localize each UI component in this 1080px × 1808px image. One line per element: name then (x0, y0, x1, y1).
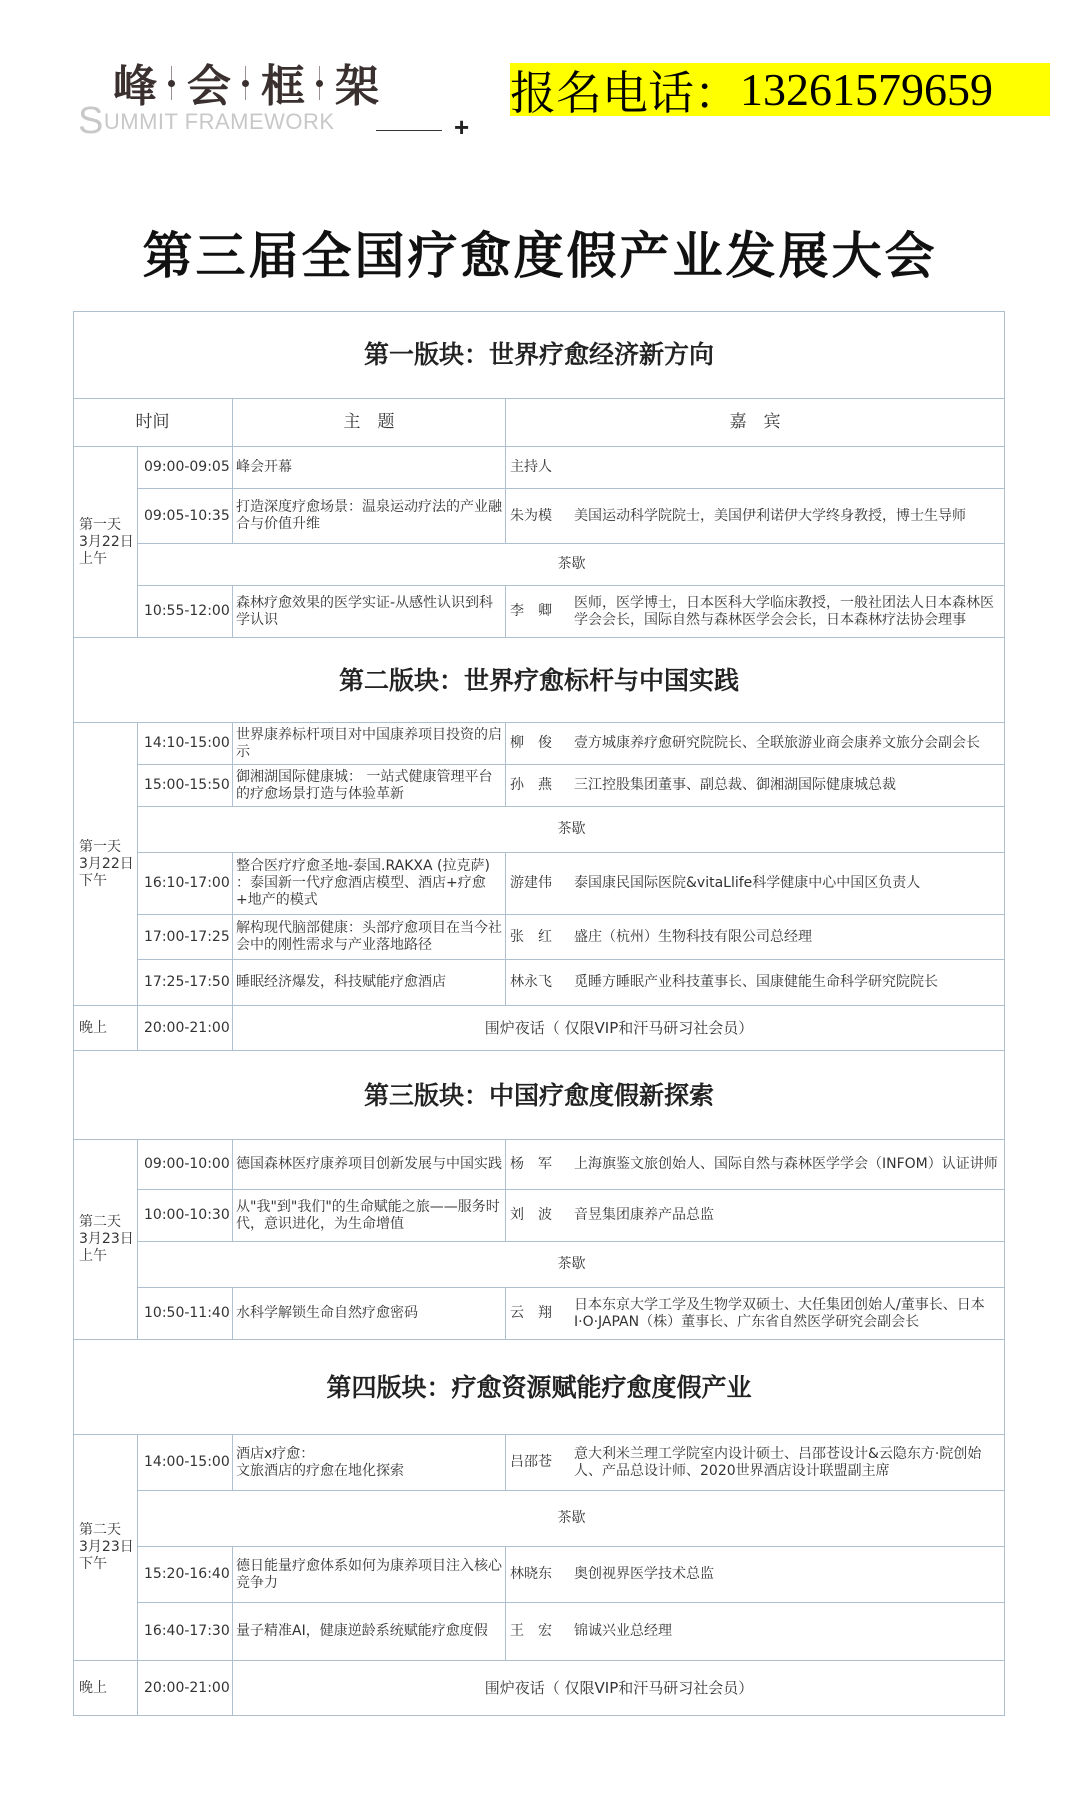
session-topic: 德日能量疗愈体系如何为康养项目注入核心竞争力 (233, 1547, 506, 1603)
session-time: 09:00-10:00 (138, 1140, 233, 1190)
session-time: 10:50-11:40 (138, 1288, 233, 1340)
registration-phone-banner: 报名电话： 13261579659 (510, 63, 1050, 116)
guest-name: 王 宏 (510, 1623, 574, 1640)
session-topic: 峰会开幕 (233, 447, 506, 489)
column-header-time: 时间 (73, 399, 233, 447)
session-topic: 整合医疗疗愈圣地-泰国.RAKXA (拉克萨) ：泰国新一代疗愈酒店模型、酒店+… (233, 853, 506, 915)
guest-description: 锦诚兴业总经理 (574, 1623, 1005, 1640)
page-title: 第三届全国疗愈度假产业发展大会 (0, 216, 1080, 288)
tea-break-row: 茶歇 (138, 807, 1005, 853)
logo-divider-line (376, 130, 442, 131)
evening-label: 晚上 (73, 1661, 138, 1716)
guest-description: 音昱集团康养产品总监 (574, 1207, 1005, 1224)
session-guest: 刘 波音昱集团康养产品总监 (506, 1190, 1005, 1242)
session-guest: 杨 军上海旗鉴文旅创始人、国际自然与森林医学学会（INFOM）认证讲师 (506, 1140, 1005, 1190)
guest-description: 上海旗鉴文旅创始人、国际自然与森林医学学会（INFOM）认证讲师 (574, 1156, 1005, 1173)
evening-time: 20:00-21:00 (138, 1006, 233, 1051)
tea-break-row: 茶歇 (138, 544, 1005, 586)
day-label-line: 3月22日 (79, 856, 134, 873)
session-time: 14:10-15:00 (138, 723, 233, 765)
guest-name: 张 红 (510, 929, 574, 946)
session-guest: 游建伟泰国康民国际医院&vitaLlife科学健康中心中国区负责人 (506, 853, 1005, 915)
session-topic: 解构现代脑部健康：头部疗愈项目在当今社会中的刚性需求与产业落地路径 (233, 915, 506, 960)
evening-event: 围炉夜话（ 仅限VIP和汗马研习社会员） (233, 1661, 1005, 1716)
guest-name: 主持人 (510, 459, 574, 476)
session-guest: 朱为模美国运动科学院院士，美国伊利诺伊大学终身教授，博士生导师 (506, 489, 1005, 544)
logo-subtitle-initial: S (78, 100, 104, 142)
session-topic: 睡眠经济爆发，科技赋能疗愈酒店 (233, 960, 506, 1006)
day-label-line: 3月23日 (79, 1539, 134, 1556)
session-time: 15:00-15:50 (138, 765, 233, 807)
guest-description: 日本东京大学工学及生物学双硕士、大任集团创始人/董事长、日本I·O·JAPAN（… (574, 1297, 1005, 1331)
guest-name: 林晓东 (510, 1566, 574, 1583)
session-topic: 森林疗愈效果的医学实证-从感性认识到科学认识 (233, 586, 506, 638)
guest-name: 吕邵苍 (510, 1454, 574, 1471)
phone-number[interactable]: 13261579659 (740, 63, 993, 116)
day-label-line: 下午 (79, 1556, 107, 1573)
guest-name: 杨 军 (510, 1156, 574, 1173)
session-time: 15:20-16:40 (138, 1547, 233, 1603)
session-topic: 打造深度疗愈场景：温泉运动疗法的产业融合与价值升维 (233, 489, 506, 544)
guest-description: 壹方城康养疗愈研究院院长、全联旅游业商会康养文旅分会副会长 (574, 735, 1005, 752)
logo-separator-icon (160, 60, 184, 104)
guest-description: 医师，医学博士，日本医科大学临床教授，一般社团法人日本森林医学会会长，国际自然与… (574, 595, 1005, 629)
session-topic: 酒店x疗愈： 文旅酒店的疗愈在地化探索 (233, 1435, 506, 1491)
guest-name: 云 翔 (510, 1305, 574, 1322)
session-guest: 林永飞觅睡方睡眠产业科技董事长、国康健能生命科学研究院院长 (506, 960, 1005, 1006)
session-topic: 量子精准AI，健康逆龄系统赋能疗愈度假 (233, 1603, 506, 1661)
session-guest: 云 翔日本东京大学工学及生物学双硕士、大任集团创始人/董事长、日本I·O·JAP… (506, 1288, 1005, 1340)
column-header-guest: 嘉 宾 (506, 399, 1005, 447)
plus-icon: + (454, 112, 469, 143)
guest-description: 泰国康民国际医院&vitaLlife科学健康中心中国区负责人 (574, 875, 1005, 892)
logo-separator-icon (308, 60, 332, 104)
tea-break-row: 茶歇 (138, 1491, 1005, 1547)
session-guest: 李 卿医师，医学博士，日本医科大学临床教授，一般社团法人日本森林医学会会长，国际… (506, 586, 1005, 638)
session-guest: 主持人 (506, 447, 1005, 489)
session-time: 09:00-09:05 (138, 447, 233, 489)
section-title: 第三版块：中国疗愈度假新探索 (73, 1051, 1005, 1140)
guest-description: 意大利米兰理工学院室内设计硕士、吕邵苍设计&云隐东方·院创始人、产品总设计师、2… (574, 1446, 1005, 1480)
day-label: 第二天3月23日上午 (73, 1140, 138, 1340)
day-label-line: 第一天 (79, 517, 121, 534)
column-header-topic: 主 题 (233, 399, 506, 447)
day-label-line: 第一天 (79, 839, 121, 856)
guest-name: 朱为模 (510, 508, 574, 525)
session-topic: 水科学解锁生命自然疗愈密码 (233, 1288, 506, 1340)
session-time: 17:25-17:50 (138, 960, 233, 1006)
day-label: 第二天3月23日下午 (73, 1435, 138, 1661)
evening-event: 围炉夜话（ 仅限VIP和汗马研习社会员） (233, 1006, 1005, 1051)
session-topic: 从"我"到"我们"的生命赋能之旅——服务时代，意识进化，为生命增值 (233, 1190, 506, 1242)
section-title: 第一版块：世界疗愈经济新方向 (73, 311, 1005, 399)
session-time: 16:10-17:00 (138, 853, 233, 915)
evening-time: 20:00-21:00 (138, 1661, 233, 1716)
day-label-line: 3月23日 (79, 1231, 134, 1248)
session-guest: 柳 俊壹方城康养疗愈研究院院长、全联旅游业商会康养文旅分会副会长 (506, 723, 1005, 765)
session-guest: 王 宏锦诚兴业总经理 (506, 1603, 1005, 1661)
session-guest: 吕邵苍意大利米兰理工学院室内设计硕士、吕邵苍设计&云隐东方·院创始人、产品总设计… (506, 1435, 1005, 1491)
day-label: 第一天3月22日上午 (73, 447, 138, 638)
phone-label: 报名电话： (510, 63, 740, 116)
session-guest: 孙 燕三江控股集团董事、副总裁、御湘湖国际健康城总裁 (506, 765, 1005, 807)
session-guest: 林晓东奥创视界医学技术总监 (506, 1547, 1005, 1603)
agenda-table: 第一版块：世界疗愈经济新方向时间主 题嘉 宾第一天3月22日上午09:00-09… (73, 311, 1005, 1716)
session-topic: 世界康养标杆项目对中国康养项目投资的启示 (233, 723, 506, 765)
logo-subtitle: SUMMIT FRAMEWORK (78, 100, 335, 143)
guest-description: 三江控股集团董事、副总裁、御湘湖国际健康城总裁 (574, 777, 1005, 794)
guest-description: 美国运动科学院院士，美国伊利诺伊大学终身教授，博士生导师 (574, 508, 1005, 525)
session-guest: 张 红盛庄（杭州）生物科技有限公司总经理 (506, 915, 1005, 960)
session-time: 10:55-12:00 (138, 586, 233, 638)
day-label-line: 上午 (79, 1248, 107, 1265)
logo-subtitle-rest: UMMIT FRAMEWORK (104, 109, 335, 134)
session-time: 17:00-17:25 (138, 915, 233, 960)
evening-label: 晚上 (73, 1006, 138, 1051)
session-time: 09:05-10:35 (138, 489, 233, 544)
section-title: 第二版块：世界疗愈标杆与中国实践 (73, 638, 1005, 723)
guest-name: 游建伟 (510, 875, 574, 892)
guest-name: 刘 波 (510, 1207, 574, 1224)
day-label-line: 下午 (79, 873, 107, 890)
day-label-line: 第二天 (79, 1214, 121, 1231)
logo-char: 架 (332, 50, 382, 114)
day-label-line: 第二天 (79, 1522, 121, 1539)
session-time: 14:00-15:00 (138, 1435, 233, 1491)
guest-description: 觅睡方睡眠产业科技董事长、国康健能生命科学研究院院长 (574, 974, 1005, 991)
guest-name: 孙 燕 (510, 777, 574, 794)
guest-name: 李 卿 (510, 603, 574, 620)
section-title: 第四版块：疗愈资源赋能疗愈度假产业 (73, 1340, 1005, 1435)
session-topic: 德国森林医疗康养项目创新发展与中国实践 (233, 1140, 506, 1190)
day-label-line: 3月22日 (79, 534, 134, 551)
logo-separator-icon (234, 60, 258, 104)
session-time: 10:00-10:30 (138, 1190, 233, 1242)
guest-description: 盛庄（杭州）生物科技有限公司总经理 (574, 929, 1005, 946)
session-time: 16:40-17:30 (138, 1603, 233, 1661)
guest-name: 柳 俊 (510, 735, 574, 752)
guest-description: 奥创视界医学技术总监 (574, 1566, 1005, 1583)
tea-break-row: 茶歇 (138, 1242, 1005, 1288)
session-topic: 御湘湖国际健康城： 一站式健康管理平台的疗愈场景打造与体验革新 (233, 765, 506, 807)
guest-name: 林永飞 (510, 974, 574, 991)
day-label: 第一天3月22日下午 (73, 723, 138, 1006)
day-label-line: 上午 (79, 551, 107, 568)
